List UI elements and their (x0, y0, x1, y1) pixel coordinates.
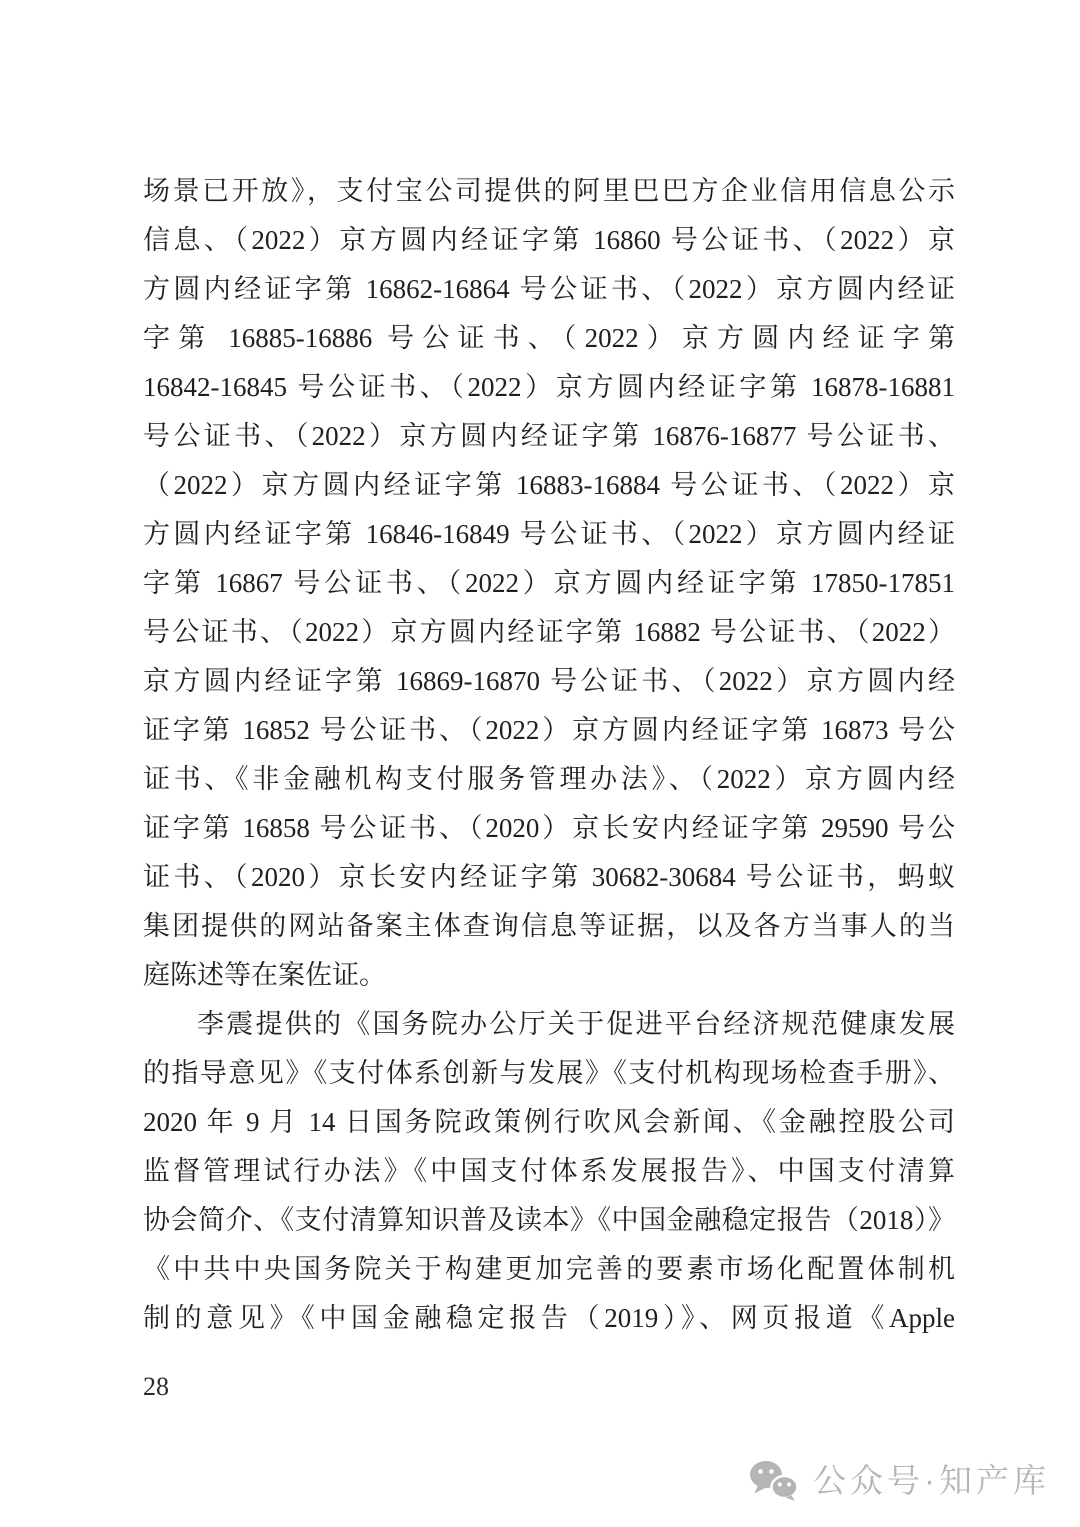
text-line: 证字第 16858 号公证书、（2020）京长安内经证字第 29590 号公 (143, 804, 955, 853)
text-line: 号公证书、（2022）京方圆内经证字第 16876-16877 号公证书、 (143, 412, 955, 461)
text-line: 场景已开放》，支付宝公司提供的阿里巴巴方企业信用信息公示 (143, 167, 955, 216)
text-line: 的指导意见》《支付体系创新与发展》《支付机构现场检查手册》、 (143, 1049, 955, 1098)
text-line: 集团提供的网站备案主体查询信息等证据，以及各方当事人的当 (143, 902, 955, 951)
text-line: 制的意见》《中国金融稳定报告（2019）》、网页报道《Apple (143, 1294, 955, 1343)
text-line: 16842-16845 号公证书、（2022）京方圆内经证字第 16878-16… (143, 363, 955, 412)
text-line: 2020 年 9 月 14 日国务院政策例行吹风会新闻、《金融控股公司 (143, 1098, 955, 1147)
text-line: 方圆内经证字第 16846-16849 号公证书、（2022）京方圆内经证 (143, 510, 955, 559)
paragraph-evidence-list: 场景已开放》，支付宝公司提供的阿里巴巴方企业信用信息公示 信息、（2022）京方… (143, 167, 955, 1000)
document-page: 场景已开放》，支付宝公司提供的阿里巴巴方企业信用信息公示 信息、（2022）京方… (0, 0, 1080, 1527)
text-line: 信息、（2022）京方圆内经证字第 16860 号公证书、（2022）京 (143, 216, 955, 265)
watermark-footer: 公众号·知产库 (749, 1460, 1050, 1502)
text-line: 证字第 16852 号公证书、（2022）京方圆内经证字第 16873 号公 (143, 706, 955, 755)
wechat-icon (749, 1460, 799, 1502)
paragraph-lizhen-evidence: 李震提供的《国务院办公厅关于促进平台经济规范健康发展 的指导意见》《支付体系创新… (143, 1000, 955, 1343)
text-line: 方圆内经证字第 16862-16864 号公证书、（2022）京方圆内经证 (143, 265, 955, 314)
watermark-label: 公众号·知产库 (813, 1460, 1050, 1502)
text-line: 字第 16867 号公证书、（2022）京方圆内经证字第 17850-17851 (143, 559, 955, 608)
text-line: 监督管理试行办法》《中国支付体系发展报告》、中国支付清算 (143, 1147, 955, 1196)
document-body: 场景已开放》，支付宝公司提供的阿里巴巴方企业信用信息公示 信息、（2022）京方… (143, 167, 955, 1343)
text-line: 协会简介、《支付清算知识普及读本》《中国金融稳定报告（2018）》 (143, 1196, 955, 1245)
text-line: 证书、《非金融机构支付服务管理办法》、（2022）京方圆内经 (143, 755, 955, 804)
text-line: 庭陈述等在案佐证。 (143, 951, 955, 1000)
text-line: 字第 16885-16886 号公证书、（2022）京方圆内经证字第 (143, 314, 955, 363)
text-line: 号公证书、（2022）京方圆内经证字第 16882 号公证书、（2022） (143, 608, 955, 657)
text-line: 《中共中央国务院关于构建更加完善的要素市场化配置体制机 (143, 1245, 955, 1294)
text-line: （2022）京方圆内经证字第 16883-16884 号公证书、（2022）京 (143, 461, 955, 510)
text-line: 证书、（2020）京长安内经证字第 30682-30684 号公证书，蚂蚁 (143, 853, 955, 902)
text-line: 京方圆内经证字第 16869-16870 号公证书、（2022）京方圆内经 (143, 657, 955, 706)
text-line: 李震提供的《国务院办公厅关于促进平台经济规范健康发展 (143, 1000, 955, 1049)
page-number: 28 (143, 1372, 169, 1402)
